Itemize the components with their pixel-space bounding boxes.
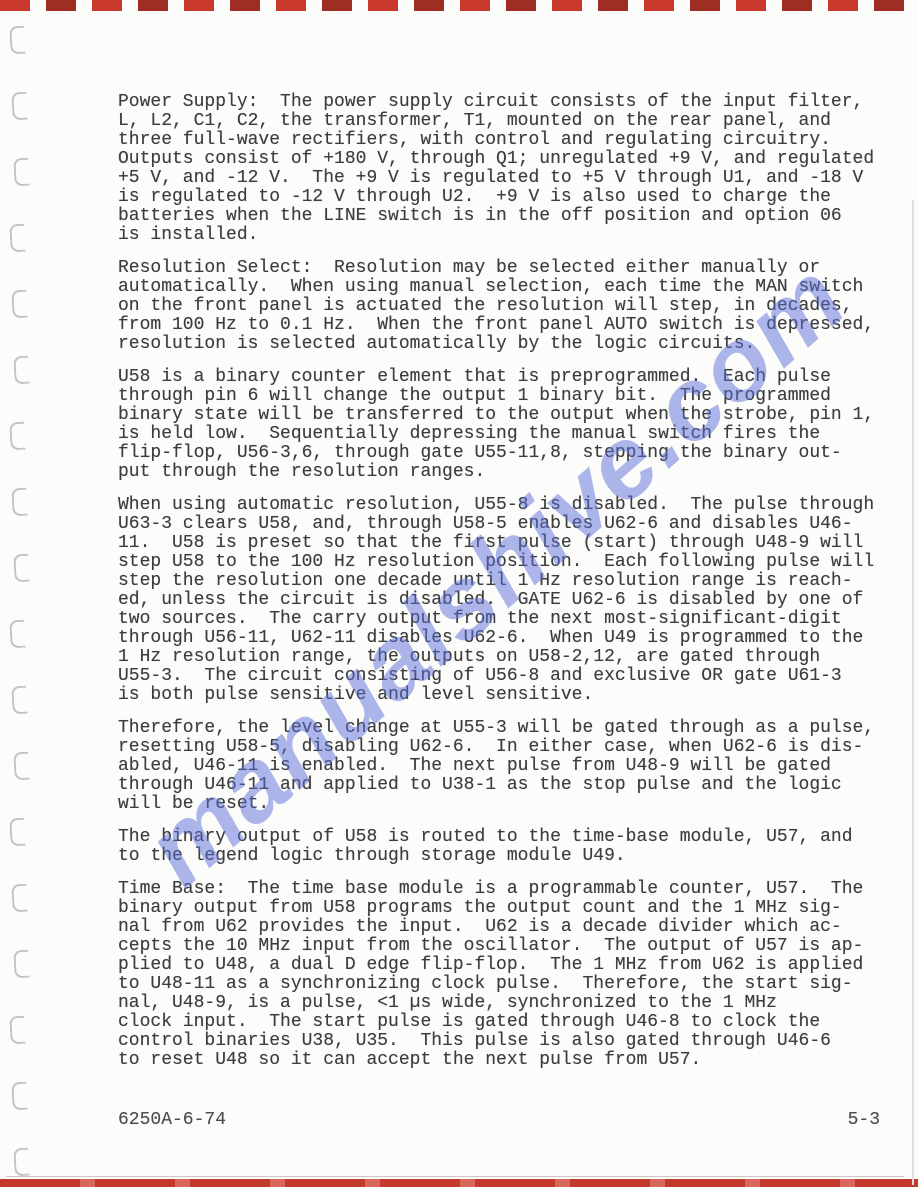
paragraph: Power Supply: The power supply circuit c… — [118, 93, 900, 245]
binding-hook-mark — [13, 950, 29, 979]
binding-hook-mark — [9, 1016, 25, 1045]
bottom-edge-strip — [0, 1179, 918, 1187]
binding-hook-mark — [13, 356, 29, 385]
binding-hook-mark — [9, 26, 25, 55]
binding-hook-mark — [11, 488, 27, 517]
binding-hook-mark — [11, 92, 27, 121]
film-perforation-strip — [0, 0, 918, 11]
binding-hook-mark — [9, 224, 25, 253]
binding-hook-mark — [11, 1082, 27, 1111]
paragraph: Time Base: The time base module is a pro… — [118, 880, 900, 1070]
binding-hook-mark — [11, 686, 27, 715]
page-footer: 6250A-6-74 5-3 — [118, 1110, 880, 1130]
binding-hook-mark — [9, 422, 25, 451]
paragraph: Resolution Select: Resolution may be sel… — [118, 259, 900, 354]
paragraph: Therefore, the level change at U55-3 wil… — [118, 719, 900, 814]
doc-number: 6250A-6-74 — [118, 1110, 226, 1130]
paragraph: When using automatic resolution, U55-8 i… — [118, 496, 900, 705]
binding-hook-mark — [13, 554, 29, 583]
paragraph: U58 is a binary counter element that is … — [118, 368, 900, 482]
binding-hook-mark — [13, 1148, 29, 1177]
binding-hook-mark — [13, 752, 29, 781]
page-number: 5-3 — [848, 1110, 880, 1130]
binding-hook-mark — [11, 884, 27, 913]
paragraph: The binary output of U58 is routed to th… — [118, 828, 900, 866]
page-text: Power Supply: The power supply circuit c… — [118, 93, 900, 1084]
scanned-manual-page: Power Supply: The power supply circuit c… — [0, 0, 918, 1187]
binding-hook-mark — [13, 158, 29, 187]
page-edge-shadow — [912, 200, 914, 1185]
binding-hook-mark — [9, 620, 25, 649]
binding-hook-mark — [9, 818, 25, 847]
binding-hook-mark — [11, 290, 27, 319]
tear-line — [6, 1176, 904, 1177]
